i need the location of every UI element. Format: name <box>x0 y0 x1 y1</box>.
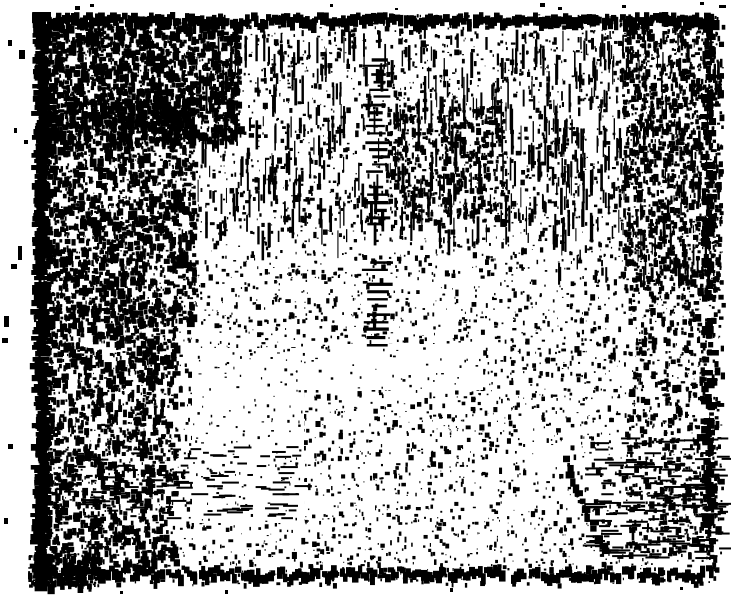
degraded-scanned-photograph <box>0 0 731 595</box>
degraded-scan-canvas <box>0 0 731 595</box>
